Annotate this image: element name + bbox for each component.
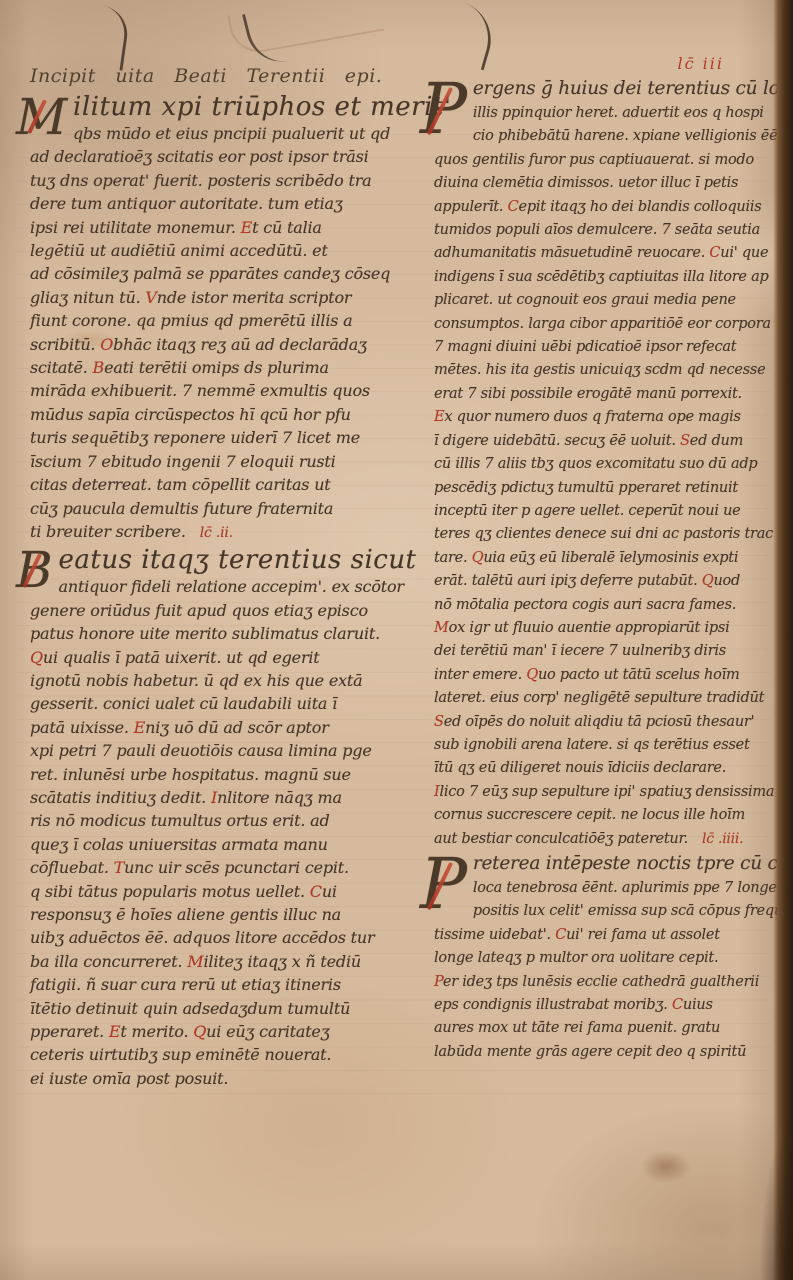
manuscript-line: sub ignobili arena latere. si qs terētiu…	[434, 734, 780, 757]
rubricated-letter: B	[93, 358, 105, 377]
manuscript-line: cōfluebat. Tunc uir scēs pcunctari cepit…	[30, 856, 436, 879]
manuscript-line: xpi petri 7 pauli deuotiōis causa limina…	[30, 739, 436, 762]
manuscript-line: genere oriūdus fuit apud quos etiaʒ epis…	[30, 599, 436, 622]
manuscript-line: fatigii. ñ suar cura rerū ut etiaʒ itine…	[30, 973, 436, 996]
manuscript-line: gliaʒ nitun tū. Vnde istor merita script…	[30, 286, 436, 309]
manuscript-line: lateret. eius corp' negligētē sepulture …	[434, 687, 780, 710]
manuscript-line: uibʒ aduēctos ēē. adquos litore accēdos …	[30, 926, 436, 949]
manuscript-line: Ex quor numero duos q fraterna ope magis	[434, 406, 780, 429]
faded-ink-mark	[228, 0, 385, 57]
manuscript-line: labūda mente grās agere cepit deo q spir…	[434, 1041, 780, 1064]
manuscript-line: tuʒ dns operat' fuerit. posteris scribēd…	[30, 169, 436, 192]
manuscript-line: ad declaratioēʒ scitatis eor post ipsor …	[30, 145, 436, 168]
manuscript-line: ipsi rei utilitate monemur. Et cū talia	[30, 216, 436, 239]
manuscript-line: Qui qualis ī patā uixerit. ut qd egerit	[30, 646, 436, 669]
manuscript-line: dere tum antiquor autoritate. tum etiaʒ	[30, 192, 436, 215]
manuscript-line: antiquor fideli relatione accepim'. ex s…	[30, 575, 436, 598]
manuscript-line: reterea intēpeste noctis tpre cū cetera	[434, 851, 780, 877]
illuminated-initial: M	[16, 92, 67, 144]
rubricated-letter: C	[709, 245, 720, 261]
manuscript-line: ret. inlunēsi urbe hospitatus. magnū sue	[30, 763, 436, 786]
manuscript-line: turis sequētibʒ reponere uiderī 7 licet …	[30, 426, 436, 449]
manuscript-line: fiunt corone. qa pmius qd pmerētū illis …	[30, 309, 436, 332]
manuscript-line: positis lux celit' emissa sup scā cōpus …	[434, 900, 780, 923]
manuscript-line: quos gentilis furor pus captiuauerat. si…	[434, 149, 780, 172]
manuscript-line: responsuʒ ē hoīes aliene gentis illuc na	[30, 903, 436, 926]
manuscript-line: tumidos populi aīos demulcere. 7 seāta s…	[434, 219, 780, 242]
manuscript-line: ti breuiter scribere.lc̄ .ii.	[30, 520, 436, 545]
rubricated-letter: C	[555, 927, 566, 943]
paragraph: Pergens ḡ huius dei terentius cū locisil…	[434, 76, 780, 851]
manuscript-line: ignotū nobis habetur. ū qd ex his que ex…	[30, 669, 436, 692]
rubricated-letter: C	[508, 199, 519, 215]
manuscript-line: dei terētiū man' ī iecere 7 uulneribʒ di…	[434, 640, 780, 663]
manuscript-line: qbs mūdo et eius pncipii pualuerit ut qd	[30, 122, 436, 145]
manuscript-line: ei iuste omīa post posuit.	[30, 1067, 436, 1090]
paragraph: Militum xpi triūphos et merit'qbs mūdo e…	[30, 92, 436, 545]
lection-mark: lc̄ .iiii.	[688, 831, 743, 847]
manuscript-line: adhumanitatis māsuetudinē reuocare. Cui'…	[434, 242, 780, 265]
rubric-slash	[27, 99, 47, 134]
rubricated-letter: Q	[472, 550, 484, 566]
rubricated-letter: C	[310, 882, 322, 901]
rubricated-letter: Q	[30, 648, 43, 667]
manuscript-line: ītētio detinuit quin adsedaʒdum tumultū	[30, 997, 436, 1020]
manuscript-line: scribitū. Obhāc itaqʒ reʒ aū ad declarād…	[30, 333, 436, 356]
manuscript-line: legētiū ut audiētiū animi accedūtū. et	[30, 239, 436, 262]
rubricated-letter: M	[187, 952, 203, 971]
manuscript-line: Ilico 7 eūʒ sup sepulture ipi' spatiuʒ d…	[434, 781, 780, 804]
manuscript-line: indigens ī sua scēdētibʒ captiuitas illa…	[434, 266, 780, 289]
manuscript-line: gesserit. conici ualet cū laudabili uita…	[30, 692, 436, 715]
manuscript-line: īscium 7 ebitudo ingenii 7 eloquii rusti	[30, 450, 436, 473]
page-fore-edge	[773, 0, 793, 1280]
manuscript-line: queʒ ī colas uniuersitas armata manu	[30, 833, 436, 856]
manuscript-line: scātatis inditiuʒ dedit. Inlitore nāqʒ m…	[30, 786, 436, 809]
manuscript-line: cio phibebātū harene. xpiane velligionis…	[434, 125, 780, 148]
manuscript-line: ilitum xpi triūphos et merit'	[30, 92, 436, 122]
manuscript-line: consumptos. larga cibor apparitiōē eor c…	[434, 313, 780, 336]
manuscript-line: scitatē. Beati terētii omips ds plurima	[30, 356, 436, 379]
manuscript-line: plicaret. ut cognouit eos graui media pe…	[434, 289, 780, 312]
rubricated-letter: T	[114, 858, 124, 877]
manuscript-line: mūdus sapīa circūspectos hī qcū hor pfu	[30, 403, 436, 426]
illuminated-initial: P	[420, 76, 467, 148]
manuscript-line: ergens ḡ huius dei terentius cū locis	[434, 76, 780, 102]
manuscript-line: inceptū iter p agere uellet. ceperūt nou…	[434, 500, 780, 523]
rubricated-letter: P	[434, 974, 443, 990]
manuscript-line: nō mōtalia pectora cogis auri sacra fame…	[434, 594, 780, 617]
manuscript-line: Mox igr ut fluuio auentie appropiarūt ip…	[434, 617, 780, 640]
rubricated-letter: S	[434, 714, 444, 730]
manuscript-line: citas deterreat. tam cōpellit caritas ut	[30, 473, 436, 496]
manuscript-line: mētes. his ita gestis unicuiqʒ scdm qd n…	[434, 359, 780, 382]
manuscript-line: aures mox ut tāte rei fama puenit. gratu	[434, 1017, 780, 1040]
rubricated-letter: Q	[702, 573, 714, 589]
rubric-slash	[427, 861, 453, 909]
paragraph: Beatus itaqʒ terentius sicutantiquor fid…	[30, 545, 436, 1090]
right-text-column: lc̄ iii Pergens ḡ huius dei terentius cū…	[434, 52, 780, 1064]
rubricated-letter: M	[434, 620, 449, 636]
rubricated-letter: O	[100, 335, 113, 354]
illuminated-initial: P	[420, 851, 467, 923]
manuscript-line: diuina clemētia dimissos. uetor illuc ī …	[434, 172, 780, 195]
manuscript-line: ītū qʒ eū diligeret nouis īdiciis declar…	[434, 757, 780, 780]
manuscript-line: 7 magni diuini uēbi pdicatioē ipsor refe…	[434, 336, 780, 359]
manuscript-line: patā uixisse. Eniʒ uō dū ad scōr aptor	[30, 716, 436, 739]
manuscript-line: erāt. talētū auri ipiʒ deferre putabūt. …	[434, 570, 780, 593]
manuscript-line: ī digere uidebātū. secuʒ ēē uoluit. Sed …	[434, 430, 780, 453]
manuscript-line: inter emere. Quo pacto ut tātū scelus ho…	[434, 664, 780, 687]
manuscript-line: eps condignis illustrabat moribʒ. Cuius	[434, 994, 780, 1017]
manuscript-line: mirāda exhibuerit. 7 nemmē exmultis quos	[30, 379, 436, 402]
manuscript-line: longe lateqʒ p multor ora uolitare cepit…	[434, 947, 780, 970]
manuscript-line: patus honore uite merito sublimatus clar…	[30, 622, 436, 645]
rubricated-letter: E	[109, 1022, 120, 1041]
rubricated-letter: Q	[526, 667, 538, 683]
left-text-column: Incipit uita Beati Terentii epi. Militum…	[30, 60, 436, 1090]
manuscript-line: tissime uidebat'. Cui' rei fama ut assol…	[434, 924, 780, 947]
manuscript-line: Sed oīpēs do noluit aliqdiu tā pciosū th…	[434, 711, 780, 734]
incipit-title: Incipit uita Beati Terentii epi.	[30, 60, 436, 92]
paragraph: Preterea intēpeste noctis tpre cū cetera…	[434, 851, 780, 1064]
illuminated-initial: B	[16, 545, 53, 597]
manuscript-line: cornus succrescere cepit. ne locus ille …	[434, 804, 780, 827]
rubric-slash	[427, 86, 453, 134]
parchment-stain	[640, 1150, 692, 1184]
manuscript-line: erat 7 sibi possibile erogātē manū porre…	[434, 383, 780, 406]
manuscript-line: loca tenebrosa ēēnt. aplurimis ppe 7 lon…	[434, 877, 780, 900]
manuscript-line: ris nō modicus tumultus ortus erit. ad	[30, 809, 436, 832]
manuscript-line: illis ppinquior heret. aduertit eos q ho…	[434, 102, 780, 125]
manuscript-line: teres qʒ clientes denece sui dni ac past…	[434, 523, 780, 546]
manuscript-page: Incipit uita Beati Terentii epi. Militum…	[0, 0, 793, 1280]
manuscript-line: ceteris uirtutibʒ sup eminētē nouerat.	[30, 1043, 436, 1066]
manuscript-line: ba illa concurreret. Militeʒ itaqʒ x ñ t…	[30, 950, 436, 973]
rubricated-letter: C	[672, 997, 683, 1013]
manuscript-line: pperaret. Et merito. Qui eūʒ caritateʒ	[30, 1020, 436, 1043]
left-paragraphs: Militum xpi triūphos et merit'qbs mūdo e…	[30, 92, 436, 1090]
rubricated-letter: I	[434, 784, 439, 800]
lection-mark: lc̄ iii	[434, 52, 780, 76]
manuscript-line: appulerīt. Cepit itaqʒ ho dei blandis co…	[434, 196, 780, 219]
rubricated-letter: Q	[193, 1022, 206, 1041]
rubricated-letter: I	[211, 788, 217, 807]
rubricated-letter: E	[241, 218, 252, 237]
manuscript-line: cūʒ paucula demultis future fraternita	[30, 497, 436, 520]
rubric-slash	[22, 553, 42, 588]
manuscript-line: eatus itaqʒ terentius sicut	[30, 545, 436, 575]
right-paragraphs: Pergens ḡ huius dei terentius cū locisil…	[434, 76, 780, 1064]
manuscript-line: ad cōsimileʒ palmā se pparātes candeʒ cō…	[30, 262, 436, 285]
manuscript-line: pescēdiʒ pdictuʒ tumultū pperaret retinu…	[434, 477, 780, 500]
lection-mark: lc̄ .ii.	[186, 525, 233, 541]
rubricated-letter: E	[134, 718, 145, 737]
manuscript-line: tare. Quia eūʒ eū liberalē īelymosinis e…	[434, 547, 780, 570]
manuscript-line: aut bestiar conculcatiōēʒ pateretur.lc̄ …	[434, 828, 780, 851]
manuscript-line: cū illis 7 aliis tbʒ quos excomitatu suo…	[434, 453, 780, 476]
rubricated-letter: E	[434, 409, 444, 425]
manuscript-line: Per ideʒ tps lunēsis ecclie cathedrā gua…	[434, 971, 780, 994]
rubricated-letter: S	[680, 433, 690, 449]
manuscript-line: q sibi tātus popularis motus uellet. Cui	[30, 880, 436, 903]
rubricated-letter: V	[145, 288, 156, 307]
